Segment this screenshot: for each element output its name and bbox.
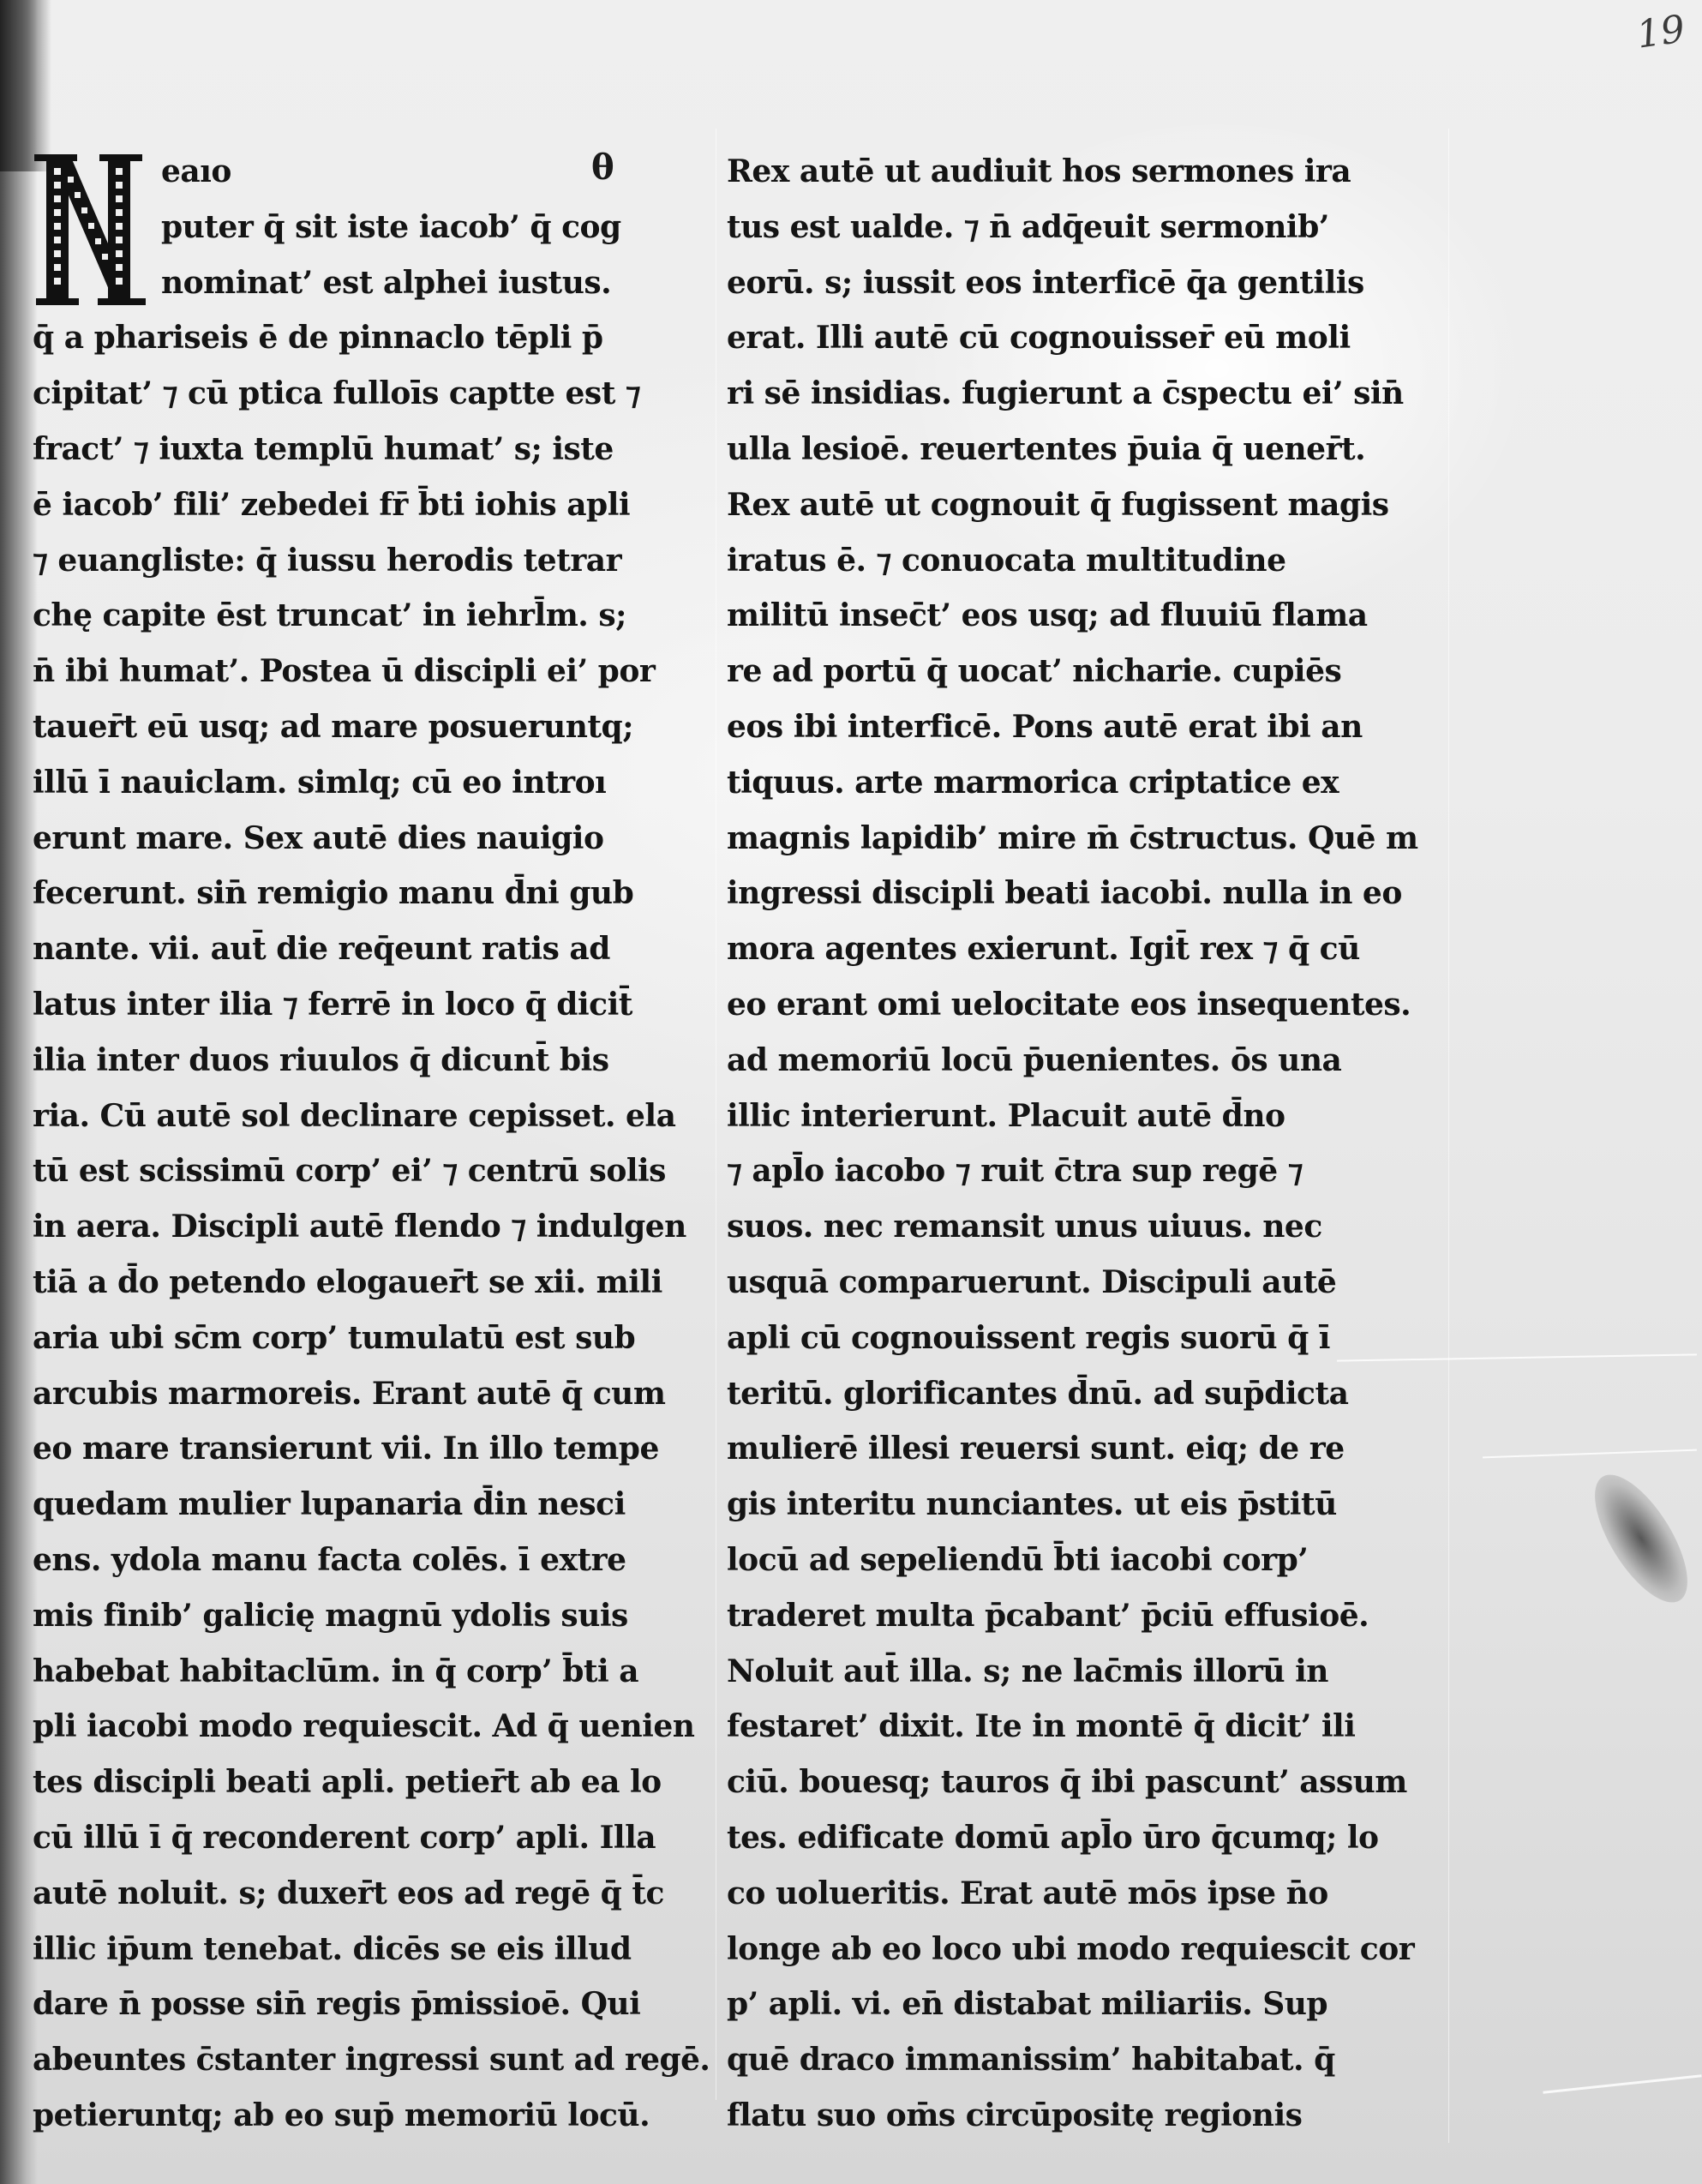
text-line: longe ab eo loco ubi modo requiescit cor	[727, 1922, 1438, 1977]
text-line: Rex autē ut cognouit q̄ fugissent magis	[727, 477, 1438, 533]
text-line: ens. ydola manu facta colēs. ī extre	[33, 1533, 710, 1588]
text-line: arcubis marmoreis. Erant autē q̄ cum	[33, 1366, 710, 1422]
text-line: illic interierunt. Placuit autē d̄no	[727, 1089, 1438, 1144]
text-line: eorū. s; iussit eos interficē q̄a gentil…	[727, 255, 1438, 311]
text-line: autē noluit. s; duxer̄t eos ad regē q̄ t…	[33, 1866, 710, 1922]
text-line: ciū. bouesq; tauros q̄ ibi pascunt’ assu…	[727, 1755, 1438, 1810]
text-line: tus est ualde. ⁊ n̄ adq̄euit sermonib’	[727, 200, 1438, 255]
text-line: nante. vii. aut̄ die req̄eunt ratis ad	[33, 921, 710, 977]
text-line: ⁊ euangliste: q̄ iussu herodis tetrar	[33, 533, 710, 589]
text-line: ē iacob’ fili’ zebedei fr̄ b̄ti iohis ap…	[33, 477, 710, 533]
text-line: chę capite ēst truncat’ in iehrl̄m. s;	[33, 588, 710, 644]
text-line: tiquus. arte marmorica criptatice ex	[727, 755, 1438, 811]
text-line: p’ apli. vi. en̄ distabat miliariis. Sup	[727, 1977, 1438, 2032]
ink-stain	[1577, 1461, 1702, 1616]
text-line: traderet multa p̄cabant’ p̄ciū effusioē.	[727, 1588, 1438, 1644]
text-line: nominat’ est alphei iustus.	[33, 255, 710, 311]
text-column-right: Rex autē ut audiuit hos sermones ira tus…	[727, 144, 1438, 2144]
text-line: re ad portū q̄ uocat’ nicharie. cupiēs	[727, 644, 1438, 699]
opening-words: eaıo	[161, 153, 231, 189]
text-line: erunt mare. Sex autē dies nauigio	[33, 811, 710, 867]
text-line: tū est scissimū corp’ ei’ ⁊ centrū solis	[33, 1143, 710, 1199]
text-line: illic ip̄um tenebat. dicēs se eis illud	[33, 1922, 710, 1977]
text-line: mulierē illesi reuersi sunt. eiq; de re	[727, 1421, 1438, 1477]
text-line: co uolueritis. Erat autē mōs ipse n̄o	[727, 1866, 1438, 1922]
text-line: ria. Cū autē sol declinare cepisset. ela	[33, 1089, 710, 1144]
text-line: mora agentes exierunt. Igit̄ rex ⁊ q̄ cū	[727, 921, 1438, 977]
text-line: festaret’ dixit. Ite in montē q̄ dicit’…	[727, 1699, 1438, 1755]
text-line: ingressi discipli beati iacobi. nulla in…	[727, 866, 1438, 921]
text-line: petieruntq; ab eo sup̄ memoriū locū.	[33, 2088, 710, 2144]
text-line: eo erant omi uelocitate eos insequentes.	[727, 977, 1438, 1033]
text-line-opening: eaıo	[161, 144, 231, 200]
text-line: erat. Illi autē cū cognouisser̄ eū moli	[727, 310, 1438, 366]
text-line: tes. edificate domū apl̄o ūro q̄cumq; l…	[727, 1810, 1438, 1866]
text-line: abeuntes c̄stanter ingressi sunt ad regē…	[33, 2032, 706, 2088]
text-line: apli cū cognouissent regis suorū q̄ ī	[727, 1311, 1438, 1366]
text-line: dare n̄ posse sin̄ regis p̄missioē. Qui	[33, 1977, 710, 2032]
parchment-crease	[1483, 1449, 1697, 1459]
text-line: puter q̄ sit iste iacob’ q̄ cog	[33, 200, 710, 255]
text-line: ri sē insidias. fugierunt a c̄spectu ei’…	[727, 366, 1438, 422]
text-line: latus inter ilia ⁊ ferrē in loco q̄ dic…	[33, 977, 710, 1033]
text-line: ulla lesioē. reuertentes p̄uia q̄ uener̄…	[727, 422, 1438, 477]
text-line: fract’ ⁊ iuxta templū humat’ s; iste	[33, 422, 710, 477]
text-line: fecerunt. sin̄ remigio manu d̄ni gub	[33, 866, 710, 921]
text-line: ilia inter duos riuulos q̄ dicunt̄ bis	[33, 1033, 710, 1089]
text-line: militū insec̄t’ eos usq; ad fluuiū flama	[727, 588, 1438, 644]
text-line: q̄ a phariseis ē de pinnaclo tēpli p̄	[33, 310, 710, 366]
text-line: n̄ ibi humat’. Postea ū discipli ei’ po…	[33, 644, 710, 699]
text-line: flatu suo om̄s circūpositę regionis	[727, 2088, 1438, 2144]
text-line: illū ī nauiclam. simlq; cū eo introı	[33, 755, 710, 811]
manuscript-leaf: 19	[0, 0, 1702, 2184]
text-line: iratus ē. ⁊ conuocata multitudine	[727, 533, 1438, 589]
text-line: gis interitu nunciantes. ut eis p̄stitū	[727, 1477, 1438, 1533]
text-line: eos ibi interficē. Pons autē erat ibi an	[727, 699, 1438, 755]
text-line: habebat habitaclūm. in q̄ corp’ b̄ti a	[33, 1644, 710, 1700]
text-line: teritū. glorificantes d̄nū. ad sup̄dicta	[727, 1366, 1438, 1422]
text-line: tes discipli beati apli. petier̄t ab ea …	[33, 1755, 710, 1810]
text-line: magnis lapidib’ mire m̄ c̄structus. Quē…	[727, 811, 1438, 867]
ruling-line	[1448, 129, 1449, 2143]
text-line: ad memoriū locū p̄uenientes. ōs una	[727, 1033, 1438, 1089]
folio-number: 19	[1634, 7, 1688, 57]
parchment-crease	[1543, 2074, 1701, 2093]
text-line: Rex autē ut audiuit hos sermones ira	[727, 144, 1438, 200]
text-line: in aera. Discipli autē flendo ⁊ indulgen	[33, 1199, 710, 1255]
text-line: quē draco immanissim’ habitabat. q̄	[727, 2032, 1438, 2088]
text-line: aria ubi sc̄m corp’ tumulatū est sub	[33, 1311, 710, 1366]
text-line: eo mare transierunt vii. In illo tempe	[33, 1421, 710, 1477]
text-line: Noluit aut̄ illa. s; ne lac̄mis illorū i…	[727, 1644, 1438, 1700]
text-line: cū illū ī q̄ reconderent corp’ apli. Il…	[33, 1810, 710, 1866]
text-line: suos. nec remansit unus uiuus. nec	[727, 1199, 1438, 1255]
text-line: usquā comparuerunt. Discipuli autē	[727, 1255, 1438, 1311]
text-line: mis finib’ galicię magnū ydolis suis	[33, 1588, 710, 1644]
text-line: tiā a d̄o petendo elogauer̄t se xii. mil…	[33, 1255, 710, 1311]
text-line: cipitat’ ⁊ cū ptica fulloīs captte est ⁊	[33, 366, 710, 422]
text-line: pli iacobi modo requiescit. Ad q̄ uenien	[33, 1699, 710, 1755]
text-column-left: N̅eaıo puter q̄ sit iste iacob’ q̄ cog n…	[33, 144, 710, 2144]
text-line: locū ad sepeliendū b̄ti iacobi corp’	[727, 1533, 1438, 1588]
text-line: tauer̄t eū usq; ad mare posueruntq;	[33, 699, 710, 755]
text-line: ⁊ apl̄o iacobo ⁊ ruit c̄tra sup regē ⁊	[727, 1143, 1438, 1199]
ruling-line	[716, 129, 716, 2100]
text-line: quedam mulier lupanaria d̄in nesci	[33, 1477, 710, 1533]
